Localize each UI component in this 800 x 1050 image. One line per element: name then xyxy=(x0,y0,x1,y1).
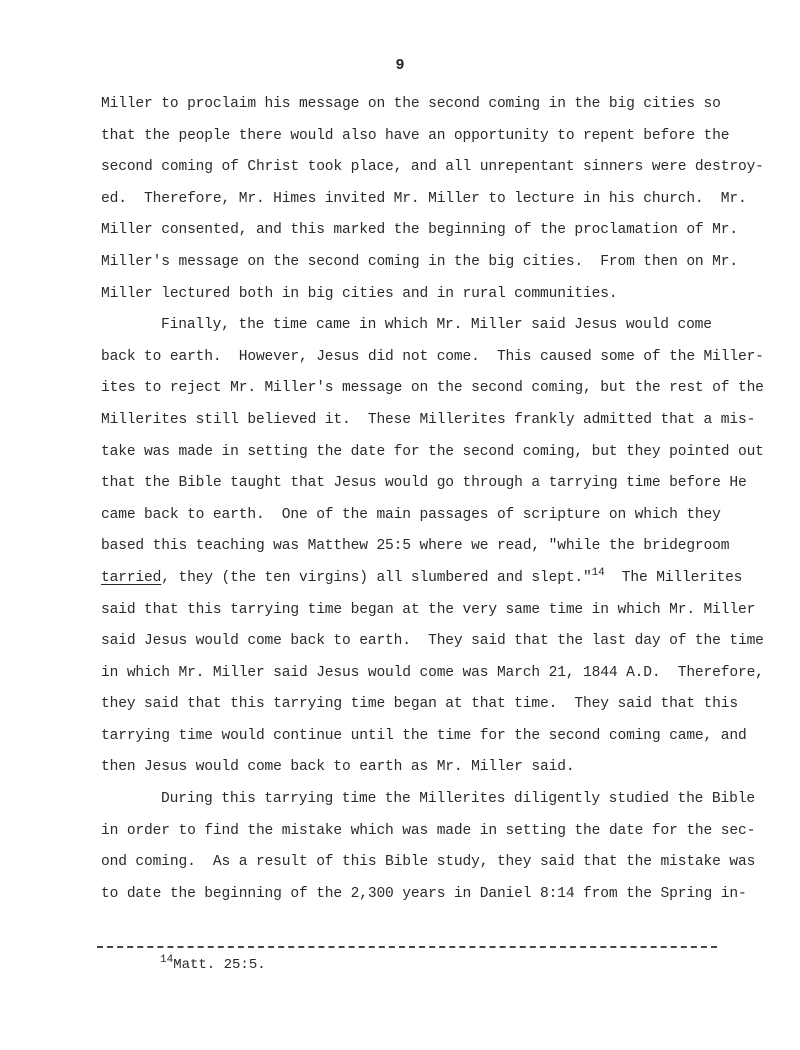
text-line: in order to find the mistake which was m… xyxy=(101,819,721,851)
footnote: 14Matt. 25:5. xyxy=(160,957,266,973)
line-text: The Millerites xyxy=(605,570,743,586)
text-line: said Jesus would come back to earth. The… xyxy=(101,629,721,661)
footnote-reference: 14 xyxy=(592,567,605,579)
text-line: tarried, they (the ten virgins) all slum… xyxy=(101,566,721,598)
text-line: said that this tarrying time began at th… xyxy=(101,598,721,630)
text-line: came back to earth. One of the main pass… xyxy=(101,503,721,535)
text-line: that the Bible taught that Jesus would g… xyxy=(101,471,721,503)
text-line: Miller consented, and this marked the be… xyxy=(101,218,721,250)
text-line: that the people there would also have an… xyxy=(101,124,721,156)
text-line: second coming of Christ took place, and … xyxy=(101,155,721,187)
text-line: in which Mr. Miller said Jesus would com… xyxy=(101,661,721,693)
text-line: During this tarrying time the Millerites… xyxy=(101,787,721,819)
footnote-divider xyxy=(97,946,717,948)
document-page: 9 Miller to proclaim his message on the … xyxy=(0,0,800,1050)
text-line: Miller's message on the second coming in… xyxy=(101,250,721,282)
text-line: ond coming. As a result of this Bible st… xyxy=(101,850,721,882)
page-number: 9 xyxy=(0,57,800,74)
text-line: back to earth. However, Jesus did not co… xyxy=(101,345,721,377)
text-line: Miller to proclaim his message on the se… xyxy=(101,92,721,124)
text-line: take was made in setting the date for th… xyxy=(101,440,721,472)
footnote-marker: 14 xyxy=(160,954,173,966)
text-line: then Jesus would come back to earth as M… xyxy=(101,755,721,787)
text-line: based this teaching was Matthew 25:5 whe… xyxy=(101,534,721,566)
body-text: Miller to proclaim his message on the se… xyxy=(101,92,721,913)
text-line: Millerites still believed it. These Mill… xyxy=(101,408,721,440)
text-line: Finally, the time came in which Mr. Mill… xyxy=(101,313,721,345)
line-text: , they (the ten virgins) all slumbered a… xyxy=(161,570,591,586)
underlined-word: tarried xyxy=(101,570,161,586)
text-line: Miller lectured both in big cities and i… xyxy=(101,282,721,314)
text-line: ites to reject Mr. Miller's message on t… xyxy=(101,376,721,408)
text-line: to date the beginning of the 2,300 years… xyxy=(101,882,721,914)
footnote-text: Matt. 25:5. xyxy=(173,957,265,973)
text-line: ed. Therefore, Mr. Himes invited Mr. Mil… xyxy=(101,187,721,219)
text-line: they said that this tarrying time began … xyxy=(101,692,721,724)
text-line: tarrying time would continue until the t… xyxy=(101,724,721,756)
